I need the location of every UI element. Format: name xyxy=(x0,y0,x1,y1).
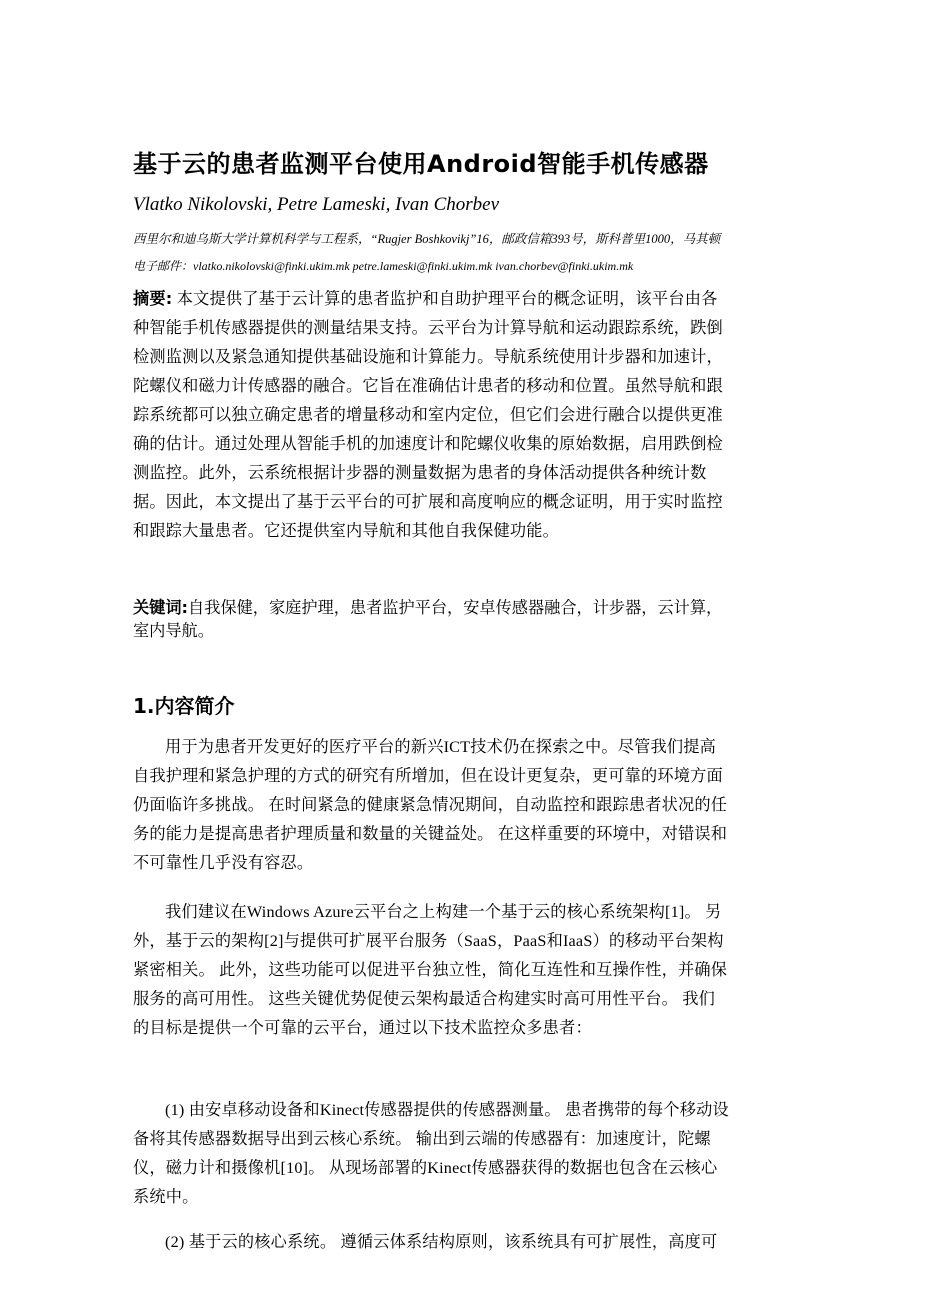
paragraph-line: 仍面临许多挑战。 在时间紧急的健康紧急情况期间，自动监控和跟踪患者状况的任 xyxy=(133,791,727,815)
paragraph-line: 务的能力是提高患者护理质量和数量的关键益处。 在这样重要的环境中，对错误和 xyxy=(133,820,727,844)
document-page: 基于云的患者监测平台使用Android智能手机传感器 Vlatko Nikolo… xyxy=(0,0,926,1309)
list-item-line: (2) 基于云的核心系统。 遵循云体系结构原则，该系统具有可扩展性，高度可 xyxy=(165,1228,717,1252)
paragraph-line: 外，基于云的架构[2]与提供可扩展平台服务（SaaS，PaaS和IaaS）的移动… xyxy=(133,927,724,951)
abstract-line: 种智能手机传感器提供的测量结果支持。云平台为计算导航和运动跟踪系统，跌倒 xyxy=(133,314,723,338)
list-item-line: (1) 由安卓移动设备和Kinect传感器提供的传感器测量。 患者携带的每个移动… xyxy=(165,1096,729,1120)
abstract-line: 摘要: 本文提供了基于云计算的患者监护和自助护理平台的概念证明，该平台由各 xyxy=(133,285,718,309)
list-item-line: 仪，磁力计和摄像机[10]。 从现场部署的Kinect传感器获得的数据也包含在云… xyxy=(133,1154,717,1178)
keywords-line: 关键词:自我保健，家庭护理，患者监护平台，安卓传感器融合，计步器，云计算， xyxy=(133,594,722,618)
abstract-line: 据。因此，本文提出了基于云平台的可扩展和高度响应的概念证明，用于实时监控 xyxy=(133,488,723,512)
paragraph-line: 服务的高可用性。 这些关键优势促使云架构最适合构建实时高可用性平台。 我们 xyxy=(133,985,715,1009)
paragraph-line: 紧密相关。 此外，这些功能可以促进平台独立性，简化互连性和互操作性，并确保 xyxy=(133,956,727,980)
paper-title: 基于云的患者监测平台使用Android智能手机传感器 xyxy=(133,144,709,179)
abstract-line: 和跟踪大量患者。它还提供室内导航和其他自我保健功能。 xyxy=(133,517,559,541)
author-affiliation: 西里尔和迪乌斯大学计算机科学与工程系，“Rugjer Boshkovikj”16… xyxy=(133,229,720,247)
paragraph-line: 我们建议在Windows Azure云平台之上构建一个基于云的核心系统架构[1]… xyxy=(165,898,722,922)
paragraph-line: 用于为患者开发更好的医疗平台的新兴ICT技术仍在探索之中。尽管我们提高 xyxy=(165,733,716,757)
paragraph-line: 的目标是提供一个可靠的云平台，通过以下技术监控众多患者： xyxy=(133,1014,592,1038)
list-item-line: 系统中。 xyxy=(133,1183,199,1207)
keywords-line: 室内导航。 xyxy=(133,617,214,641)
abstract-line: 确的估计。通过处理从智能手机的加速度计和陀螺仪收集的原始数据，启用跌倒检 xyxy=(133,430,723,454)
abstract-label: 摘要: xyxy=(133,289,172,308)
paragraph-line: 自我护理和紧急护理的方式的研究有所增加，但在设计更复杂，更可靠的环境方面 xyxy=(133,762,723,786)
section-heading: 1.内容简介 xyxy=(133,690,235,719)
abstract-line: 踪系统都可以独立确定患者的增量移动和室内定位，但它们会进行融合以提供更准 xyxy=(133,401,723,425)
paper-authors: Vlatko Nikolovski, Petre Lameski, Ivan C… xyxy=(133,194,499,216)
abstract-line: 测监控。此外，云系统根据计步器的测量数据为患者的身体活动提供各种统计数 xyxy=(133,459,707,483)
abstract-line: 陀螺仪和磁力计传感器的融合。它旨在准确估计患者的移动和位置。虽然导航和跟 xyxy=(133,372,723,396)
author-emails: 电子邮件：vlatko.nikolovski@finki.ukim.mk pet… xyxy=(133,257,633,274)
paragraph-line: 不可靠性几乎没有容忍。 xyxy=(133,849,313,873)
keywords-label: 关键词: xyxy=(133,598,188,617)
abstract-line: 检测监测以及紧急通知提供基础设施和计算能力。导航系统使用计步器和加速计， xyxy=(133,343,723,367)
list-item-line: 备将其传感器数据导出到云核心系统。 输出到云端的传感器有：加速度计，陀螺 xyxy=(133,1125,711,1149)
